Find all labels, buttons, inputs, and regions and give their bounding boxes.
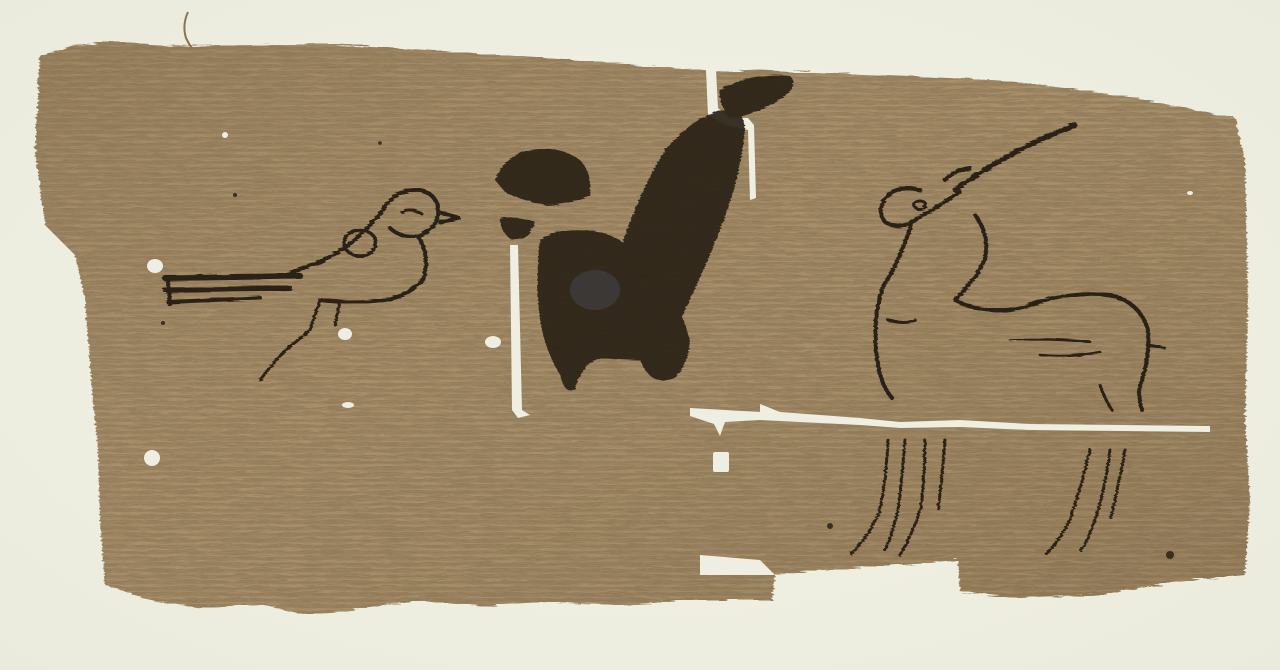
- photo-scene: Papyrus fragment with ink drawings: [0, 0, 1280, 670]
- papyrus-fragment: [0, 0, 1280, 670]
- rooster-bluish-tone: [570, 270, 620, 310]
- stray-fiber: [184, 12, 192, 48]
